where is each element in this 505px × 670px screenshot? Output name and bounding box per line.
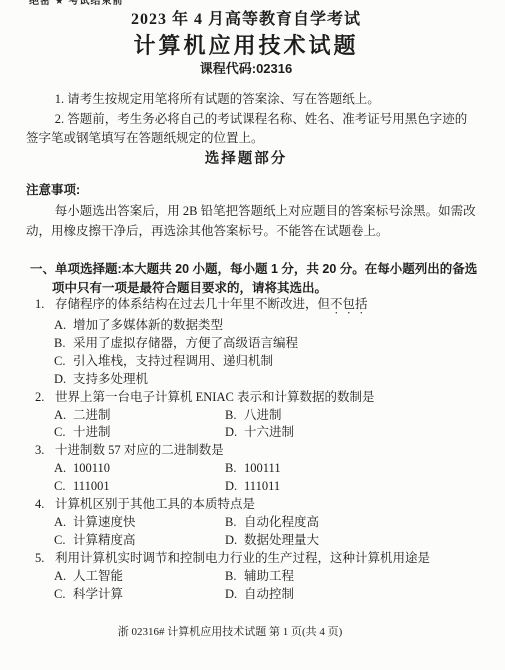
option-text: 自动控制 bbox=[244, 587, 294, 601]
question-stem-text: 存储程序的体系结构在过去几十年里不断改进，但 bbox=[55, 297, 330, 311]
option-row: C.计算精度高 D.数据处理量大 bbox=[54, 532, 479, 550]
option-label: A. bbox=[54, 317, 73, 335]
question-3-options: A.100110 B.100111 C.111001 D.111011 bbox=[54, 460, 479, 496]
option-label: B. bbox=[225, 568, 244, 586]
section-one-heading: 一、单项选择题:本大题共 20 小题，每小题 1 分，共 20 分。在每小题列出… bbox=[30, 260, 479, 297]
option-text: 二进制 bbox=[73, 408, 111, 422]
option-b: B.八进制 bbox=[225, 407, 479, 425]
option-text: 100111 bbox=[244, 461, 281, 475]
option-text: 采用了虚拟存储器，方便了高级语言编程 bbox=[73, 336, 298, 350]
question-number: 5. bbox=[35, 550, 55, 568]
option-c: C.科学计算 bbox=[54, 586, 225, 604]
option-text: 十六进制 bbox=[244, 425, 294, 439]
choice-section-title: 选择题部分 bbox=[0, 151, 492, 168]
exam-paper-page: 绝密 ★ 考试结束前 2023 年 4 月高等教育自学考试 计算机应用技术试题 … bbox=[0, 0, 505, 670]
question-1-options: A.增加了多媒体新的数据类型 B.采用了虚拟存储器，方便了高级语言编程 C.引入… bbox=[54, 317, 479, 389]
option-label: D. bbox=[225, 478, 244, 496]
option-label: A. bbox=[54, 514, 73, 532]
option-text: 计算速度快 bbox=[73, 515, 136, 529]
option-text: 人工智能 bbox=[73, 569, 123, 583]
option-a: A.计算速度快 bbox=[54, 514, 225, 532]
option-b: B.辅助工程 bbox=[225, 568, 479, 586]
option-label: B. bbox=[225, 514, 244, 532]
question-stem-emphasis: 不包括 bbox=[330, 297, 368, 311]
option-a: A.二进制 bbox=[54, 407, 225, 425]
notice-text: 每小题选出答案后，用 2B 铅笔把答题纸上对应题目的答案标号涂黑。如需改动，用橡… bbox=[26, 202, 477, 241]
question-1-stem: 1.存储程序的体系结构在过去几十年里不断改进，但不包括 bbox=[35, 296, 479, 317]
option-label: C. bbox=[54, 478, 73, 496]
option-d: D.支持多处理机 bbox=[54, 371, 479, 389]
option-label: C. bbox=[54, 353, 73, 371]
option-text: 100110 bbox=[73, 461, 110, 475]
option-row: A.人工智能 B.辅助工程 bbox=[54, 568, 479, 586]
instruction-item-2: 2. 答题前，考生务必将自己的考试课程名称、姓名、准考证号用黑色字迹的签字笔或钢… bbox=[26, 110, 477, 149]
option-text: 支持多处理机 bbox=[73, 372, 148, 386]
option-c: C.111001 bbox=[54, 478, 225, 496]
question-number: 3. bbox=[35, 442, 55, 460]
option-text: 111011 bbox=[244, 479, 280, 493]
option-d: D.数据处理量大 bbox=[225, 532, 479, 550]
option-c: C.十进制 bbox=[54, 424, 225, 442]
question-stem-text: 十进制数 57 对应的二进制数是 bbox=[55, 443, 224, 457]
option-row: C.111001 D.111011 bbox=[54, 478, 479, 496]
section-one-text: 单项选择题:本大题共 20 小题，每小题 1 分，共 20 分。在每小题列出的备… bbox=[52, 262, 477, 295]
option-c: C.计算精度高 bbox=[54, 532, 225, 550]
option-label: A. bbox=[54, 460, 73, 478]
option-text: 十进制 bbox=[73, 425, 111, 439]
instruction-item-1: 1. 请考生按规定用笔将所有试题的答案涂、写在答题纸上。 bbox=[26, 90, 477, 110]
question-3-stem: 3.十进制数 57 对应的二进制数是 bbox=[35, 442, 479, 460]
option-label: D. bbox=[225, 532, 244, 550]
option-label: C. bbox=[54, 424, 73, 442]
question-2: 2.世界上第一台电子计算机 ENIAC 表示和计算数据的数制是 A.二进制 B.… bbox=[35, 389, 479, 443]
option-row: A.100110 B.100111 bbox=[54, 460, 479, 478]
option-text: 引入堆栈，支持过程调用、递归机制 bbox=[73, 354, 273, 368]
question-5-options: A.人工智能 B.辅助工程 C.科学计算 D.自动控制 bbox=[54, 568, 479, 604]
question-2-stem: 2.世界上第一台电子计算机 ENIAC 表示和计算数据的数制是 bbox=[35, 389, 479, 407]
section-one-number: 一、 bbox=[30, 262, 55, 276]
secret-classification-label: 绝密 ★ 考试结束前 bbox=[29, 0, 124, 8]
question-stem-text: 世界上第一台电子计算机 ENIAC 表示和计算数据的数制是 bbox=[55, 390, 374, 404]
option-a: A.增加了多媒体新的数据类型 bbox=[54, 317, 479, 335]
option-text: 辅助工程 bbox=[244, 569, 294, 583]
option-text: 增加了多媒体新的数据类型 bbox=[73, 318, 223, 332]
option-row: A.计算速度快 B.自动化程度高 bbox=[54, 514, 479, 532]
question-1: 1.存储程序的体系结构在过去几十年里不断改进，但不包括 A.增加了多媒体新的数据… bbox=[35, 296, 479, 389]
option-a: A.100110 bbox=[54, 460, 225, 478]
option-label: C. bbox=[54, 532, 73, 550]
question-3: 3.十进制数 57 对应的二进制数是 A.100110 B.100111 C.1… bbox=[35, 442, 479, 496]
exam-session-title: 2023 年 4 月高等教育自学考试 bbox=[0, 10, 492, 29]
option-text: 八进制 bbox=[244, 408, 282, 422]
option-row: C.科学计算 D.自动控制 bbox=[54, 586, 479, 604]
question-5: 5.利用计算机实时调节和控制电力行业的生产过程，这种计算机用途是 A.人工智能 … bbox=[35, 550, 479, 604]
course-code: 课程代码:02316 bbox=[0, 61, 492, 77]
question-2-options: A.二进制 B.八进制 C.十进制 D.十六进制 bbox=[54, 407, 479, 443]
option-d: D.十六进制 bbox=[225, 424, 479, 442]
question-4-stem: 4.计算机区别于其他工具的本质特点是 bbox=[35, 496, 479, 514]
question-number: 1. bbox=[35, 296, 55, 314]
option-label: D. bbox=[54, 371, 73, 389]
question-4-options: A.计算速度快 B.自动化程度高 C.计算精度高 D.数据处理量大 bbox=[54, 514, 479, 550]
option-b: B.100111 bbox=[225, 460, 479, 478]
notice-label: 注意事项: bbox=[26, 183, 80, 198]
question-5-stem: 5.利用计算机实时调节和控制电力行业的生产过程，这种计算机用途是 bbox=[35, 550, 479, 568]
option-b: B.自动化程度高 bbox=[225, 514, 479, 532]
option-label: B. bbox=[54, 335, 73, 353]
option-label: D. bbox=[225, 424, 244, 442]
option-text: 计算精度高 bbox=[73, 533, 136, 547]
option-label: B. bbox=[225, 460, 244, 478]
option-label: A. bbox=[54, 407, 73, 425]
question-stem-text: 利用计算机实时调节和控制电力行业的生产过程，这种计算机用途是 bbox=[55, 551, 430, 565]
paper-title: 计算机应用技术试题 bbox=[0, 33, 492, 59]
page-footer: 浙 02316# 计算机应用技术试题 第 1 页(共 4 页) bbox=[0, 626, 460, 639]
question-list: 1.存储程序的体系结构在过去几十年里不断改进，但不包括 A.增加了多媒体新的数据… bbox=[35, 296, 479, 604]
option-d: D.自动控制 bbox=[225, 586, 479, 604]
option-text: 自动化程度高 bbox=[244, 515, 319, 529]
option-label: D. bbox=[225, 586, 244, 604]
option-text: 科学计算 bbox=[73, 587, 123, 601]
option-text: 111001 bbox=[73, 479, 110, 493]
option-label: C. bbox=[54, 586, 73, 604]
general-instructions: 1. 请考生按规定用笔将所有试题的答案涂、写在答题纸上。 2. 答题前，考生务必… bbox=[26, 90, 477, 149]
option-label: B. bbox=[225, 407, 244, 425]
option-b: B.采用了虚拟存储器，方便了高级语言编程 bbox=[54, 335, 479, 353]
option-c: C.引入堆栈，支持过程调用、递归机制 bbox=[54, 353, 479, 371]
option-row: C.十进制 D.十六进制 bbox=[54, 424, 479, 442]
option-a: A.人工智能 bbox=[54, 568, 225, 586]
option-label: A. bbox=[54, 568, 73, 586]
option-d: D.111011 bbox=[225, 478, 479, 496]
question-number: 4. bbox=[35, 496, 55, 514]
option-row: A.二进制 B.八进制 bbox=[54, 407, 479, 425]
question-number: 2. bbox=[35, 389, 55, 407]
option-text: 数据处理量大 bbox=[244, 533, 319, 547]
question-stem-text: 计算机区别于其他工具的本质特点是 bbox=[55, 497, 255, 511]
question-4: 4.计算机区别于其他工具的本质特点是 A.计算速度快 B.自动化程度高 C.计算… bbox=[35, 496, 479, 550]
